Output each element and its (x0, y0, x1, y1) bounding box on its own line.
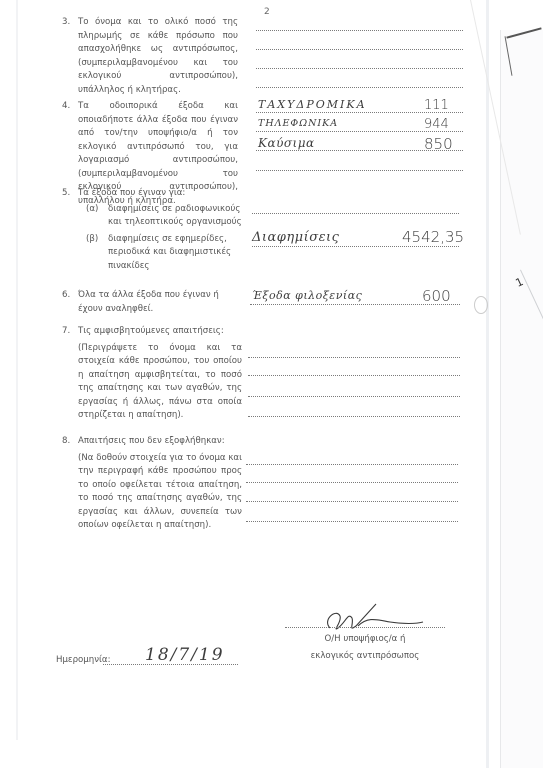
question-number: 4. (62, 100, 70, 114)
entry-line[interactable] (256, 49, 463, 50)
handwritten-description: ΤΑΧΥΔΡΟΜΙΚΑ (258, 98, 367, 111)
handwritten-amount: 850 (424, 135, 453, 153)
sub-item-b: (β) διαφημίσεις σε εφημερίδες, περιοδικά… (86, 233, 242, 274)
question-5: 5. Τα έξοδα που έγιναν για: (α) διαφημίσ… (62, 187, 242, 273)
question-number: 8. (62, 435, 70, 449)
entry-line[interactable] (256, 170, 463, 171)
entry-line[interactable] (246, 482, 458, 483)
entry-line[interactable] (248, 396, 460, 397)
entry-line[interactable] (248, 416, 460, 417)
handwritten-amount: 600 (422, 287, 451, 305)
handwritten-description: ΤΗΛΕΦΩΝΙΚΑ (258, 118, 338, 129)
entry-line[interactable] (256, 87, 463, 88)
question-heading: Τις αμφισβητούμενες απαιτήσεις: (78, 325, 242, 339)
question-number: 7. (62, 325, 70, 339)
circle-mark (474, 296, 488, 314)
handwritten-date: 18/7/19 (145, 645, 225, 665)
handwritten-description: Καύσιμα (258, 136, 315, 150)
handwritten-description: Διαφημίσεις (252, 230, 339, 245)
question-8: 8. Απαιτήσεις που δεν εξοφλήθηκαν: (Να δ… (62, 435, 242, 533)
signature-caption: Ο/Η υποψήφιος/α ή (300, 631, 430, 648)
sub-item-text: διαφημίσεις σε ραδιοφωνικούς και τηλεοπτ… (108, 203, 242, 230)
question-7: 7. Τις αμφισβητούμενες απαιτήσεις: (Περι… (62, 325, 242, 423)
question-3: 3. Το όνομα και το ολικό ποσό της πληρωμ… (62, 16, 238, 97)
underlying-paper (500, 30, 543, 768)
sub-item-text: διαφημίσεις σε εφημερίδες, περιοδικά και… (108, 233, 242, 274)
handwritten-amount: 111 (424, 98, 449, 113)
question-number: 6. (62, 289, 70, 303)
handwritten-amount: 944 (424, 117, 449, 132)
question-heading: Απαιτήσεις που δεν εξοφλήθηκαν: (78, 435, 242, 449)
entry-line[interactable] (252, 246, 459, 247)
page-edge (16, 0, 18, 740)
question-text: Το όνομα και το ολικό ποσό της πληρωμής … (78, 16, 238, 97)
entry-line[interactable] (246, 501, 458, 502)
question-text: Τα έξοδα που έγιναν για: (78, 187, 242, 201)
page-edge (486, 0, 489, 768)
entry-line[interactable] (256, 68, 463, 69)
page-number: 2 (264, 7, 270, 17)
question-text: (Να δοθούν στοιχεία για το όνομα και την… (78, 452, 242, 533)
signature-line[interactable] (285, 627, 445, 628)
sub-item-a: (α) διαφημίσεις σε ραδιοφωνικούς και τηλ… (86, 203, 242, 230)
sub-item-label: (β) (86, 233, 108, 274)
sub-item-label: (α) (86, 203, 108, 230)
signature-caption: εκλογικός αντιπρόσωπος (300, 648, 430, 665)
entry-line[interactable] (252, 213, 459, 214)
entry-line[interactable] (256, 30, 463, 31)
entry-line[interactable] (248, 357, 460, 358)
question-number: 5. (62, 187, 70, 201)
entry-line[interactable] (248, 375, 460, 376)
entry-line[interactable] (246, 521, 458, 522)
question-text: (Περιγράψετε το όνομα και τα στοιχεία κά… (78, 342, 242, 423)
handwritten-description: Έξοδα φιλοξενίας (252, 289, 362, 302)
question-number: 3. (62, 16, 70, 30)
handwritten-amount: 4542,35 (402, 228, 464, 246)
question-text: Όλα τα άλλα έξοδα που έγιναν ή έχουν ανα… (78, 289, 242, 316)
entry-line[interactable] (246, 464, 458, 465)
question-6: 6. Όλα τα άλλα έξοδα που έγιναν ή έχουν … (62, 289, 242, 316)
